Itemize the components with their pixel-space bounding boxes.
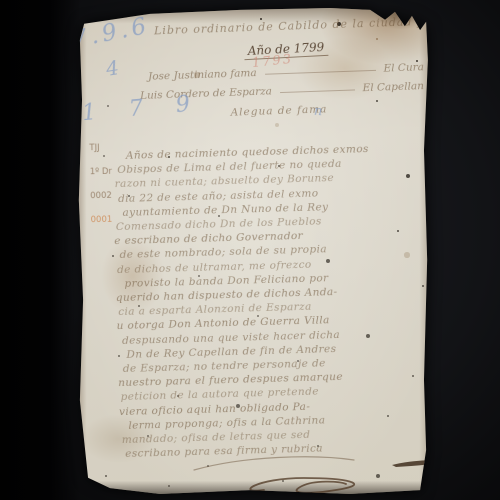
manuscript-title: Libro ordinario de Cabildo de la ciudad …: [154, 16, 404, 38]
dash-leader: [280, 89, 355, 93]
blue-pencil-number-mid: 4: [104, 55, 120, 81]
manuscript-page: Libro ordinario de Cabildo de la ciudad …: [76, 4, 430, 498]
document-photo: Libro ordinario de Cabildo de la ciudad …: [0, 0, 500, 500]
stamp-line: 0001: [91, 214, 113, 226]
rubric-flourish: [164, 448, 464, 498]
archival-stamp: TJJ 1º Dr 0002 0001: [89, 130, 113, 238]
stamp-line: 1º Dr: [90, 166, 112, 178]
manuscript-body: Años de nacimiento quedose dichos exmos …: [112, 141, 417, 462]
blue-pencil-number-top: 7.9.6: [70, 13, 152, 54]
stamp-line: 0002: [90, 190, 112, 202]
stamp-line: TJJ: [89, 142, 111, 154]
foxing-specks: [76, 4, 78, 6]
blue-pencil-number-lower: 1 7 9: [81, 91, 204, 126]
signatory-title: El Capellan: [362, 80, 424, 94]
paper-wrap: Libro ordinario de Cabildo de la ciudad …: [0, 0, 500, 500]
subheading: Alegua de fama: [194, 102, 364, 120]
dash-leader: [265, 70, 376, 75]
blue-pencil-tick: n: [313, 104, 322, 120]
signatory-name: Jose Justiniano fama: [148, 67, 257, 83]
signatory-title: El Cura: [383, 61, 424, 74]
